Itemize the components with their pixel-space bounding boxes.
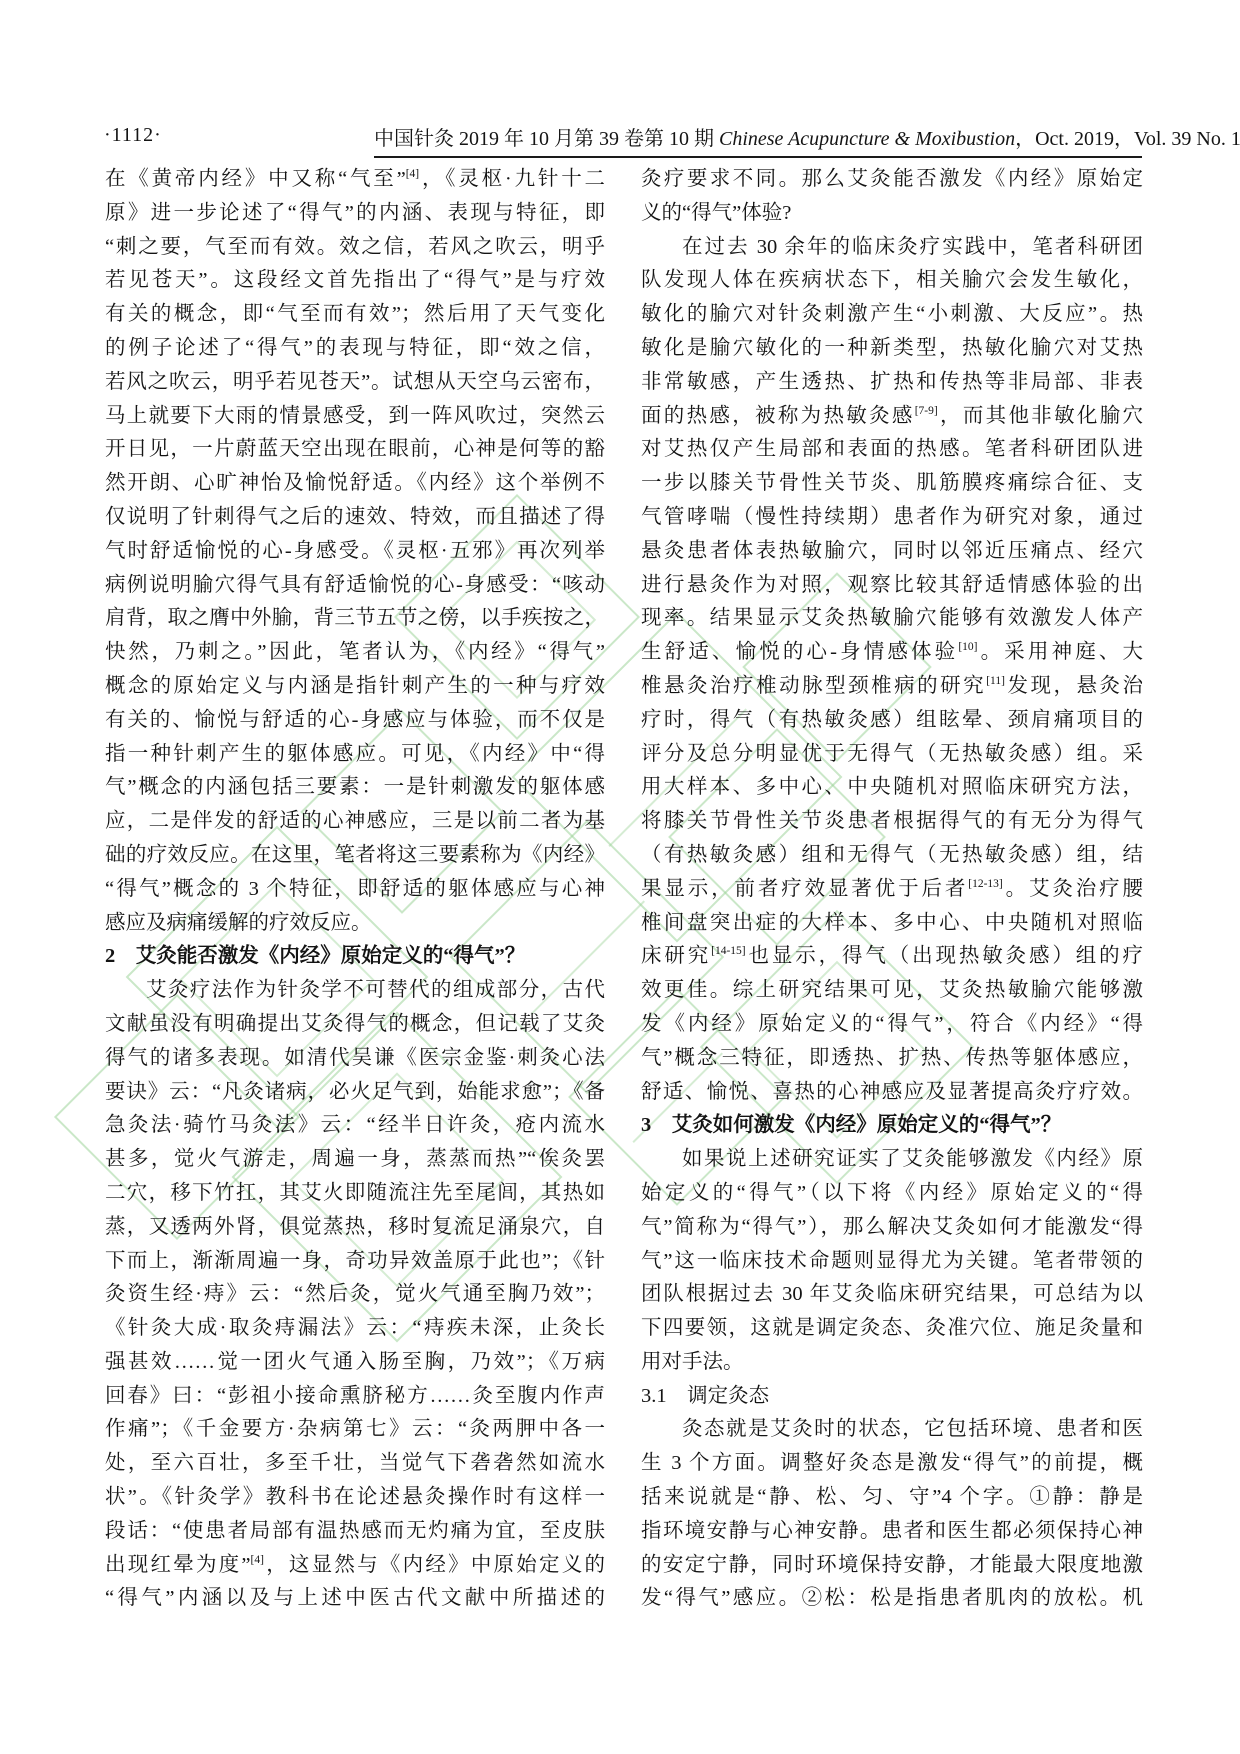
text-line: 发《内经》原始定义的“得气”，符合《内经》“得 — [641, 1008, 1143, 1042]
text-line: 在过去 30 余年的临床灸疗实践中，笔者科研团 — [641, 231, 1143, 265]
text-line: 有关的、愉悦与舒适的心-身感应与体验，而不仅是 — [105, 704, 605, 738]
text-line: 生舒适、愉悦的心-身情感体验[10]。采用神庭、大 — [641, 636, 1143, 670]
text-line: 下而上，渐渐周遍一身，奇功异效盖原于此也”；《针 — [105, 1245, 605, 1279]
text-line: 出现红晕为度”[4]，这显然与《内经》中原始定义的 — [105, 1549, 605, 1583]
text-line: 得气的诸多表现。如清代吴谦《医宗金鉴·刺灸心法 — [105, 1042, 605, 1076]
text-line: 马上就要下大雨的情景感受，到一阵风吹过，突然云 — [105, 400, 605, 434]
text-line: 然开朗、心旷神怡及愉悦舒适。《内经》这个举例不 — [105, 467, 605, 501]
text-line: 段话：“使患者局部有温热感而无灼痛为宜，至皮肤 — [105, 1515, 605, 1549]
journal-title-en: Chinese Acupuncture & Moxibustion — [719, 128, 1015, 150]
text-line: 队发现人体在疾病状态下，相关腧穴会发生敏化， — [641, 264, 1143, 298]
text-line: 评分及总分明显优于无得气（无热敏灸感）组。采 — [641, 738, 1143, 772]
text-line: 的安定宁静，同时环境保持安静，才能最大限度地激 — [641, 1549, 1143, 1583]
text-line: 灸疗要求不同。那么艾灸能否激发《内经》原始定 — [641, 163, 1143, 197]
text-line: 有关的概念，即“气至而有效”；然后用了天气变化 — [105, 298, 605, 332]
text-line: 指一种针刺产生的躯体感应。可见，《内经》中“得 — [105, 738, 605, 772]
document-page: ·1112· 中国针灸 2019 年 10 月第 39 卷第 10 期 Chin… — [0, 0, 1240, 1754]
text-line: 现率。结果显示艾灸热敏腧穴能够有效激发人体产 — [641, 602, 1143, 636]
journal-title-cn: 中国针灸 2019 年 10 月第 39 卷第 10 期 — [374, 128, 719, 150]
right-column: 灸疗要求不同。那么艾灸能否激发《内经》原始定义的“得气”体验?在过去 30 余年… — [641, 163, 1143, 1616]
text-line: 括来说就是“静、松、匀、守”4 个字。①静：静是 — [641, 1481, 1143, 1515]
text-line: 肩背，取之膺中外腧，背三节五节之傍，以手疾按之， — [105, 602, 605, 636]
journal-header: 中国针灸 2019 年 10 月第 39 卷第 10 期 Chinese Acu… — [374, 122, 1144, 151]
text-line: 概念的原始定义与内涵是指针刺产生的一种与疗效 — [105, 670, 605, 704]
text-line: 一步以膝关节骨性关节炎、肌筋膜疼痛综合征、支 — [641, 467, 1143, 501]
text-line: 仅说明了针刺得气之后的速效、特效，而且描述了得 — [105, 501, 605, 535]
section-heading: 3 艾灸如何激发《内经》原始定义的“得气”？ — [641, 1109, 1143, 1143]
reference-superscript: [10] — [958, 641, 977, 653]
text-line: 状”。《针灸学》教科书在论述悬灸操作时有这样一 — [105, 1481, 605, 1515]
text-line: 文献虽没有明确提出艾灸得气的概念，但记载了艾灸 — [105, 1008, 605, 1042]
text-line: “得气”内涵以及与上述中医古代文献中所描述的 — [105, 1582, 605, 1616]
section-heading: 2 艾灸能否激发《内经》原始定义的“得气”？ — [105, 940, 605, 974]
text-line: 疗时，得气（有热敏灸感）组眩晕、颈肩痛项目的 — [641, 704, 1143, 738]
text-line: 强甚效……觉一团火气通入肠至胸，乃效”；《万病 — [105, 1346, 605, 1380]
text-line: 床研究[14-15]也显示，得气（出现热敏灸感）组的疗 — [641, 940, 1143, 974]
text-line: 气”概念三特征，即透热、扩热、传热等躯体感应， — [641, 1042, 1143, 1076]
reference-superscript: [4] — [406, 168, 419, 180]
text-line: 义的“得气”体验? — [641, 197, 1143, 231]
text-line: 生 3 个方面。调整好灸态是激发“得气”的前提，概 — [641, 1447, 1143, 1481]
text-line: 进行悬灸作为对照，观察比较其舒适情感体验的出 — [641, 569, 1143, 603]
text-line: 果显示，前者疗效显著优于后者[12-13]。艾灸治疗腰 — [641, 873, 1143, 907]
text-line: 若见苍天”。这段经文首先指出了“得气”是与疗效 — [105, 264, 605, 298]
text-line: 蒸，又透两外肾，俱觉蒸热，移时复流足涌泉穴，自 — [105, 1211, 605, 1245]
text-line: 原》进一步论述了“得气”的内涵、表现与特征，即 — [105, 197, 605, 231]
text-line: 敏化是腧穴敏化的一种新类型，热敏化腧穴对艾热 — [641, 332, 1143, 366]
text-line: 对艾热仅产生局部和表面的热感。笔者科研团队进 — [641, 433, 1143, 467]
text-line: 的例子论述了“得气”的表现与特征，即“效之信， — [105, 332, 605, 366]
text-line: 在《黄帝内经》中又称“气至”[4]，《灵枢·九针十二 — [105, 163, 605, 197]
text-line: 气管哮喘（慢性持续期）患者作为研究对象，通过 — [641, 501, 1143, 535]
text-line: 如果说上述研究证实了艾灸能够激发《内经》原 — [641, 1143, 1143, 1177]
text-line: 用大样本、多中心、中央随机对照临床研究方法， — [641, 771, 1143, 805]
text-line: 下四要领，这就是调定灸态、灸准穴位、施足灸量和 — [641, 1312, 1143, 1346]
text-line: 灸资生经·痔》云：“然后灸，觉火气通至胸乃效”； — [105, 1278, 605, 1312]
text-line: （有热敏灸感）组和无得气（无热敏灸感）组，结 — [641, 839, 1143, 873]
text-line: 椎间盘突出症的大样本、多中心、中央随机对照临 — [641, 907, 1143, 941]
text-line: 应，二是伴发的舒适的心神感应，三是以前二者为基 — [105, 805, 605, 839]
text-line: 气”这一临床技术命题则显得尤为关键。笔者带领的 — [641, 1245, 1143, 1279]
reference-superscript: [7-9] — [915, 405, 938, 417]
text-line: 悬灸患者体表热敏腧穴，同时以邻近压痛点、经穴 — [641, 535, 1143, 569]
text-line: 效更佳。综上研究结果可见，艾灸热敏腧穴能够激 — [641, 974, 1143, 1008]
text-line: 感应及病痛缓解的疗效反应。 — [105, 907, 605, 941]
reference-superscript: [4] — [251, 1554, 264, 1566]
text-line: 气”概念的内涵包括三要素：一是针刺激发的躯体感 — [105, 771, 605, 805]
text-line: 椎悬灸治疗椎动脉型颈椎病的研究[11]发现，悬灸治 — [641, 670, 1143, 704]
text-line: 病例说明腧穴得气具有舒适愉悦的心-身感受：“咳动 — [105, 569, 605, 603]
text-line: 二穴，移下竹扛，其艾火即随流注先至尾闾，其热如 — [105, 1177, 605, 1211]
text-line: 若风之吹云，明乎若见苍天”。试想从天空乌云密布， — [105, 366, 605, 400]
reference-superscript: [12-13] — [968, 878, 1003, 890]
section-heading: 3.1 调定灸态 — [641, 1380, 1143, 1414]
text-line: “刺之要，气至而有效。效之信，若风之吹云，明乎 — [105, 231, 605, 265]
text-line: 将膝关节骨性关节炎患者根据得气的有无分为得气 — [641, 805, 1143, 839]
page-number: ·1112· — [104, 124, 162, 147]
text-line: “得气”概念的 3 个特征，即舒适的躯体感应与心神 — [105, 873, 605, 907]
text-line: 团队根据过去 30 年艾灸临床研究结果，可总结为以 — [641, 1278, 1143, 1312]
text-line: 始定义的“得气”（以下将《内经》原始定义的“得 — [641, 1177, 1143, 1211]
text-line: 舒适、愉悦、喜热的心神感应及显著提高灸疗疗效。 — [641, 1076, 1143, 1110]
text-line: 用对手法。 — [641, 1346, 1143, 1380]
text-line: 急灸法·骑竹马灸法》云：“经半日许灸，疮内流水 — [105, 1109, 605, 1143]
text-line: 作痛”；《千金要方·杂病第七》云：“灸两胛中各一 — [105, 1413, 605, 1447]
text-line: 非常敏感，产生透热、扩热和传热等非局部、非表 — [641, 366, 1143, 400]
journal-issue-info: ，Oct. 2019，Vol. 39 No. 10 — [1015, 128, 1240, 150]
reference-superscript: [11] — [986, 675, 1005, 687]
text-line: 础的疗效反应。在这里，笔者将这三要素称为《内经》 — [105, 839, 605, 873]
header-rule — [374, 156, 1142, 158]
left-column: 在《黄帝内经》中又称“气至”[4]，《灵枢·九针十二原》进一步论述了“得气”的内… — [105, 163, 605, 1616]
text-line: 回春》曰：“彭祖小接命熏脐秘方……灸至腹内作声 — [105, 1380, 605, 1414]
text-line: 快然，乃刺之。”因此，笔者认为，《内经》“得气” — [105, 636, 605, 670]
text-line: 开日见，一片蔚蓝天空出现在眼前，心神是何等的豁 — [105, 433, 605, 467]
text-line: 敏化的腧穴对针灸刺激产生“小刺激、大反应”。热 — [641, 298, 1143, 332]
text-line: 《针灸大成·取灸痔漏法》云：“痔疾未深，止灸长 — [105, 1312, 605, 1346]
text-line: 灸态就是艾灸时的状态，它包括环境、患者和医 — [641, 1413, 1143, 1447]
text-line: 面的热感，被称为热敏灸感[7-9]，而其他非敏化腧穴 — [641, 400, 1143, 434]
text-line: 气”简称为“得气”），那么解决艾灸如何才能激发“得 — [641, 1211, 1143, 1245]
text-line: 发“得气”感应。②松：松是指患者肌肉的放松。机 — [641, 1582, 1143, 1616]
text-line: 甚多，觉火气游走，周遍一身，蒸蒸而热”“俟灸罢 — [105, 1143, 605, 1177]
text-line: 气时舒适愉悦的心-身感受。《灵枢·五邪》再次列举 — [105, 535, 605, 569]
text-line: 艾灸疗法作为针灸学不可替代的组成部分，古代 — [105, 974, 605, 1008]
reference-superscript: [14-15] — [711, 946, 746, 958]
text-line: 要诀》云：“凡灸诸病，必火足气到，始能求愈”；《备 — [105, 1076, 605, 1110]
text-line: 处，至六百壮，多至千壮，当觉气下砻砻然如流水 — [105, 1447, 605, 1481]
text-line: 指环境安静与心神安静。患者和医生都必须保持心神 — [641, 1515, 1143, 1549]
